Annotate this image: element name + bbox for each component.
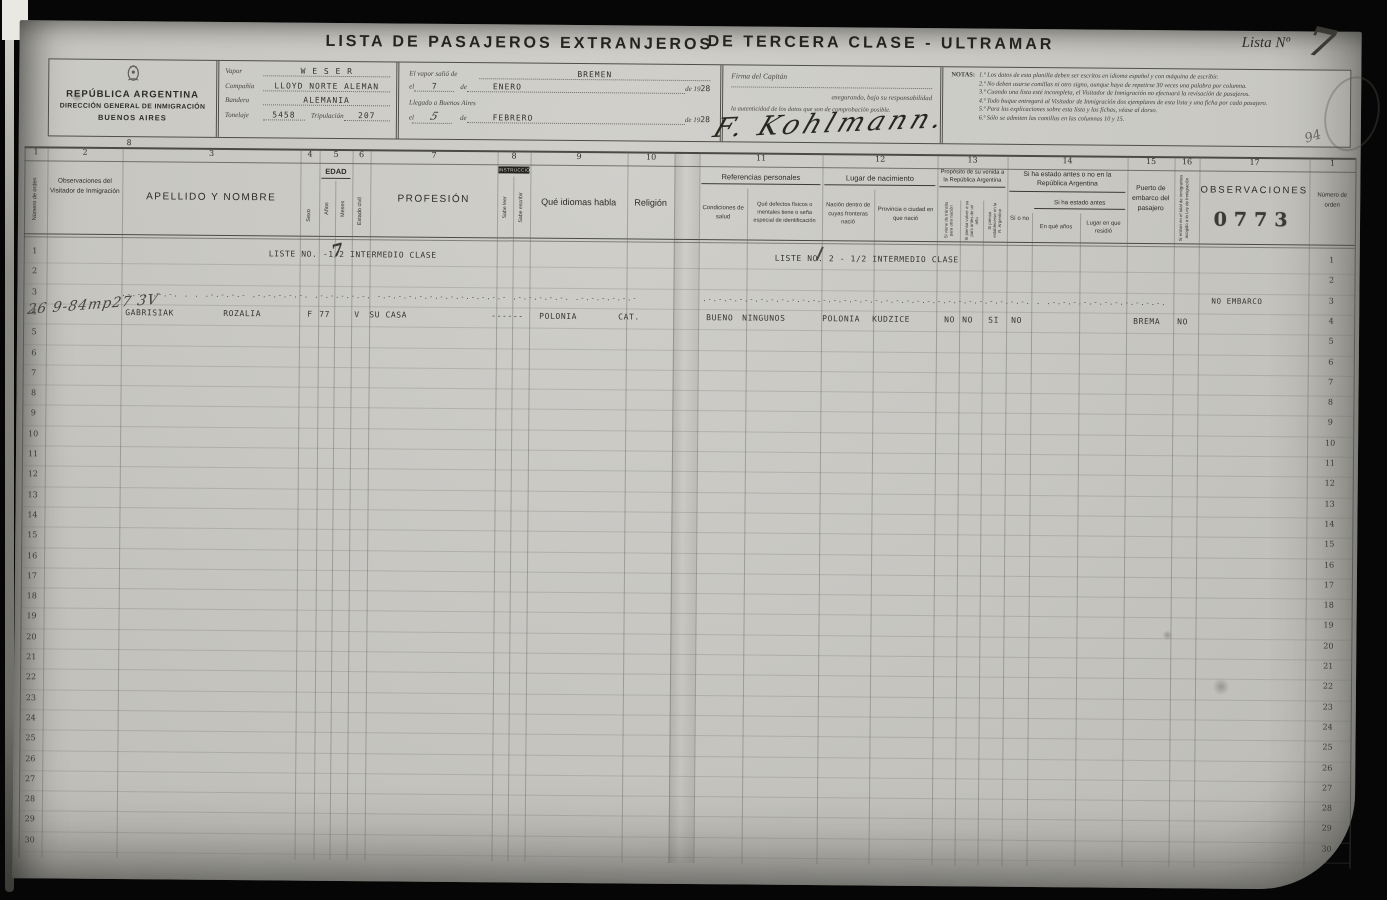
row-number-right: 27 xyxy=(1315,783,1339,792)
row-rule xyxy=(21,608,1352,621)
passenger-proposito-establecerse: SI xyxy=(988,316,999,325)
row-number-right: 1 xyxy=(1320,256,1344,265)
row-number-left: 24 xyxy=(19,713,43,722)
row-number-right: 28 xyxy=(1315,804,1339,813)
row-number-left: 30 xyxy=(18,835,42,844)
passenger-religion: CAT. xyxy=(618,312,640,321)
passenger-provincia: KUDZICE xyxy=(872,315,910,324)
column-rule xyxy=(329,181,336,860)
row-number-left: 15 xyxy=(20,530,44,539)
row-rule xyxy=(21,567,1352,580)
row-rule xyxy=(19,770,1350,783)
passenger-apellido: GABRISIAK xyxy=(125,308,174,317)
row-number-left: 18 xyxy=(20,591,44,600)
passenger-proposito-volver: NO xyxy=(962,315,973,324)
liste-heading-right: LISTE NO. 2 - 1/2 INTERMEDIO CLASE xyxy=(775,254,959,265)
row-rule xyxy=(19,831,1350,844)
row-number-left: 10 xyxy=(21,429,45,438)
passenger-estado-antes: NO xyxy=(1011,316,1022,325)
row-rule xyxy=(20,709,1351,722)
row-number-left: 9 xyxy=(21,409,45,418)
row-number-right: 7 xyxy=(1319,377,1343,386)
row-rule xyxy=(21,587,1352,600)
row-number-left: 3 xyxy=(22,287,46,296)
row-number-right: 25 xyxy=(1315,743,1339,752)
row-number-left: 20 xyxy=(19,632,43,641)
row-number-right: 29 xyxy=(1315,824,1339,833)
row-rule xyxy=(23,384,1354,397)
row-number-left: 22 xyxy=(19,672,43,681)
row-number-right: 4 xyxy=(1319,316,1343,325)
row-number-right: 2 xyxy=(1320,276,1344,285)
column-rule xyxy=(1349,158,1356,869)
row-number-right: 10 xyxy=(1318,438,1342,447)
row-rule xyxy=(22,445,1353,458)
dashed-separator-left: .-.-.-.-.-. . . .-.-.-.- .-.-.-.-.-. .-.… xyxy=(121,290,635,302)
row-rule xyxy=(19,851,1350,864)
row-number-left: 16 xyxy=(20,551,44,560)
row-rule xyxy=(20,668,1351,681)
row-rule xyxy=(23,344,1354,357)
row-number-right: 14 xyxy=(1317,519,1341,528)
row-number-left: 8 xyxy=(21,388,45,397)
row-number-right: 8 xyxy=(1318,398,1342,407)
row-number-right: 13 xyxy=(1318,499,1342,508)
row-number-left: 13 xyxy=(21,490,45,499)
row-number-left: 27 xyxy=(18,774,42,783)
row-number-right: 6 xyxy=(1319,357,1343,366)
passenger-idiomas: POLONIA xyxy=(539,312,577,321)
passenger-profesion: SU CASA xyxy=(369,310,407,319)
passenger-nacion: POLONIA xyxy=(822,314,860,323)
row-rule xyxy=(22,405,1353,418)
passenger-defectos: NINGUNOS xyxy=(742,313,785,322)
passenger-sexo: F xyxy=(307,310,313,319)
row-number-right: 20 xyxy=(1316,641,1340,650)
passenger-nombre: ROZALIA xyxy=(223,309,261,318)
row-rule xyxy=(22,425,1353,438)
passenger-proposito-transito: NO xyxy=(944,315,955,324)
scan-stain xyxy=(1162,630,1172,640)
row-number-left: 28 xyxy=(18,794,42,803)
scanned-passenger-list-page: LISTA DE PASAJEROS EXTRANJEROS DE TERCER… xyxy=(12,20,1361,890)
row-number-left: 7 xyxy=(22,368,46,377)
row-number-right: 19 xyxy=(1316,621,1340,630)
dashed-separator-right: .-.-.-.-.-.-.-.-.-.-.-.-.-.-.-.-.-.-.-.-… xyxy=(702,295,1164,307)
scan-stain xyxy=(1212,679,1230,695)
row-number-left: 26 xyxy=(18,754,42,763)
passenger-estado-civil: V xyxy=(354,310,360,319)
row-rule xyxy=(21,547,1352,560)
row-number-left: 2 xyxy=(23,266,47,275)
row-rule xyxy=(22,486,1353,499)
row-number-right: 30 xyxy=(1315,844,1339,853)
row-rule xyxy=(20,729,1351,742)
row-number-left: 14 xyxy=(20,510,44,519)
row-rule xyxy=(20,628,1351,641)
row-number-right: 22 xyxy=(1316,682,1340,691)
row-number-right: 11 xyxy=(1318,459,1342,468)
scan-stain xyxy=(71,91,83,103)
row-number-left: 25 xyxy=(18,733,42,742)
row-number-right: 12 xyxy=(1318,479,1342,488)
row-number-left: 29 xyxy=(18,815,42,824)
row-rule xyxy=(23,364,1354,377)
row-number-right: 16 xyxy=(1317,560,1341,569)
row-number-right: 26 xyxy=(1315,763,1339,772)
row-rule xyxy=(24,263,1355,276)
row-number-right: 17 xyxy=(1317,580,1341,589)
row-number-left: 11 xyxy=(21,449,45,458)
passenger-salud: BUENO xyxy=(706,313,733,322)
row-rule xyxy=(22,465,1353,478)
row-number-left: 1 xyxy=(23,246,47,255)
row-number-right: 15 xyxy=(1317,540,1341,549)
row-number-left: 5 xyxy=(22,327,46,336)
row-number-left: 12 xyxy=(21,469,45,478)
row-rule xyxy=(19,811,1350,824)
passenger-puerto: BREMA xyxy=(1133,317,1160,326)
column-rule xyxy=(507,176,514,861)
row-rule xyxy=(19,790,1350,803)
row-number-left: 19 xyxy=(20,612,44,621)
row-number-right: 24 xyxy=(1316,722,1340,731)
row-number-left: 6 xyxy=(22,348,46,357)
row-number-left: 23 xyxy=(19,693,43,702)
row-number-right: 3 xyxy=(1319,296,1343,305)
row-number-right: 18 xyxy=(1317,601,1341,610)
passenger-total-inmigrantes: NO xyxy=(1177,317,1188,326)
row-rule xyxy=(20,648,1351,661)
row-number-right: 9 xyxy=(1318,418,1342,427)
row-number-left: 4 xyxy=(22,307,46,316)
no-embarco-note: NO EMBARCO xyxy=(1211,297,1262,306)
row-number-right: 5 xyxy=(1319,337,1343,346)
row-rule xyxy=(21,526,1352,539)
row-number-left: 17 xyxy=(20,571,44,580)
passenger-edad: 77 xyxy=(319,310,330,319)
row-number-right: 23 xyxy=(1316,702,1340,711)
row-rule xyxy=(19,750,1350,763)
row-number-left: 21 xyxy=(19,652,43,661)
row-rule xyxy=(20,689,1351,702)
row-number-right: 21 xyxy=(1316,661,1340,670)
table-body-rows: LISTE NO. -1/2 INTERMEDIO CLASE 7 LISTE … xyxy=(12,20,1361,890)
row-rule xyxy=(22,506,1353,519)
